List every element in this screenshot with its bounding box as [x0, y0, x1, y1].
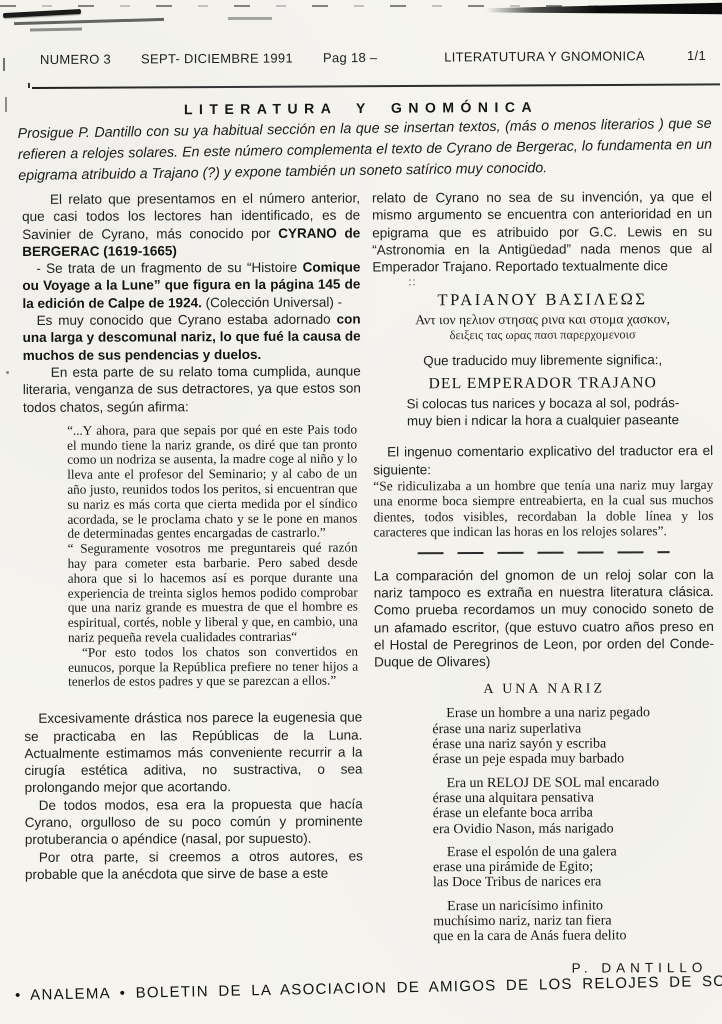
scan-artifact-top-left-smudge [3, 9, 81, 18]
paragraph: relato de Cyrano no sea de su invención,… [372, 188, 712, 276]
header-rule [32, 83, 720, 89]
sonnet-stanza: Erase un hombre a una nariz pegado érase… [432, 705, 714, 767]
paragraph: De todos modos, esa era la propuesta que… [25, 795, 363, 848]
colon-mark: :: [408, 276, 712, 287]
sonnet-line: érase una nariz sayón y escriba [432, 736, 714, 753]
paragraph-text: Excesivamente drástica nos parece la eug… [24, 710, 362, 796]
sonnet-line: érase un elefante boca arriba [433, 805, 715, 822]
translation-line-1: Si colocas tus narices y bocaza al sol, … [373, 395, 713, 413]
sonnet-line: las Doce Tribus de narices era [433, 874, 715, 891]
quoted-passage: “...Y ahora, para que sepais por qué en … [67, 422, 358, 542]
page-header: NUMERO 3 SEPT- DICIEMBRE 1991 Pag 18 – L… [40, 48, 706, 67]
paragraph-text: Por otra parte, si creemos a otros autor… [25, 848, 363, 882]
sonnet-line: era Ovidio Nason, más narigado [433, 821, 715, 838]
scan-artifact-top-dash [228, 17, 272, 20]
sonnet-line: Erase un naricísimo infinito [433, 898, 715, 915]
paragraph-text: relato de Cyrano no sea de su invención,… [372, 189, 712, 275]
scan-artifact-top-left-smudge [14, 18, 164, 25]
sonnet-line: Era un RELOJ DE SOL mal encarado [433, 775, 715, 792]
header-section-title: LITERATUTURA Y GNOMONICA [444, 48, 645, 64]
sonnet-stanza: Erase el espolón de una galera erase una… [433, 844, 715, 891]
paragraph-text: En esta parte de su relato toma cumplida… [23, 363, 361, 414]
intro-paragraph: Prosigue P. Dantillo con su ya habitual … [18, 114, 713, 187]
sonnet-line: erase una pirámide de Egito; [433, 859, 715, 876]
sonnet-line: Erase un hombre a una nariz pegado [432, 705, 714, 722]
translation-line-2: muy bien i ndicar la hora a cualquier pa… [373, 412, 713, 430]
paragraph: Excesivamente drástica nos parece la eug… [24, 709, 362, 797]
cyrano-quotation-block: “...Y ahora, para que sepais por qué en … [67, 422, 358, 690]
scan-artifact-left-dot [6, 371, 9, 374]
paragraph-text: La comparación del gnomon de un reloj so… [374, 567, 714, 670]
greek-epigram-line-1: Αντ ιον ηελιον στησας ρινα και στομα χασ… [373, 311, 713, 328]
sonnet-line: muchísimo nariz, nariz tan fiera [433, 913, 715, 930]
paragraph-text: - Se trata de un fragmento de su “Histoi… [36, 260, 302, 276]
paragraph: El ingenuo comentario explicativo del tr… [373, 442, 713, 478]
sonnet-stanza: Erase un naricísimo infinito muchísimo n… [433, 898, 715, 945]
paragraph-text: De todos modos, esa era la propuesta que… [25, 796, 363, 847]
sonnet-line: érase una nariz superlativa [432, 721, 714, 738]
issue-number: NUMERO 3 [40, 52, 111, 67]
paragraph-text: (Colección Universal) - [206, 294, 343, 310]
page-number: Pag 18 – [323, 50, 378, 65]
paragraph: El relato que presentamos en el número a… [22, 190, 360, 261]
header-left-group: NUMERO 3 SEPT- DICIEMBRE 1991 Pag 18 – [40, 50, 378, 67]
issue-date: SEPT- DICIEMBRE 1991 [141, 50, 293, 66]
scan-artifact-top-left-smudge [30, 28, 82, 32]
sonnet-title: A UNA NARIZ [374, 681, 714, 698]
paragraph: En esta parte de su relato toma cumplida… [23, 362, 361, 415]
sonnet-line: que en la cara de Anás fuera delito [433, 928, 715, 945]
right-column: relato de Cyrano no sea de su invención,… [372, 188, 715, 981]
translation-note: Que traducido muy libremente significa:, [373, 352, 713, 368]
scan-artifact-left-tick [3, 58, 5, 71]
paragraph: La comparación del gnomon de un reloj so… [374, 566, 714, 671]
document-page: NUMERO 3 SEPT- DICIEMBRE 1991 Pag 18 – L… [0, 0, 722, 1024]
epigram-translation-title: DEL EMPERADOR TRAJANO [373, 374, 713, 393]
paragraph: - Se trata de un fragmento de su “Histoi… [22, 259, 360, 312]
greek-epigram-title: ΤΡΑΙΑΝΟΥ ΒΑΣΙΛΕΩΣ [372, 289, 712, 310]
left-column: El relato que presentamos en el número a… [22, 190, 363, 983]
dashed-divider [418, 551, 670, 554]
scan-artifact-top-right-bar [486, 2, 722, 15]
paragraph: Es muy conocido que Cyrano estaba adorna… [23, 311, 361, 364]
translator-comment: “Se ridiculizaba a un hombre que tenía u… [373, 477, 713, 540]
paragraph-text: Es muy conocido que Cyrano estaba adorna… [37, 312, 337, 328]
sonnet-line: Erase el espolón de una galera [433, 844, 715, 861]
header-right-group: LITERATUTURA Y GNOMONICA 1/1 [444, 48, 706, 65]
sonnet-stanza: Era un RELOJ DE SOL mal encarado érase u… [433, 775, 715, 837]
sonnet-line: érase una alquitara pensativa [433, 790, 715, 807]
quoted-passage: “Por esto todos los chatos son convertid… [68, 644, 358, 690]
article-body: El relato que presentamos en el número a… [22, 188, 715, 983]
paragraph: Por otra parte, si creemos a otros autor… [25, 847, 363, 883]
paragraph-text: El ingenuo comentario explicativo del tr… [373, 443, 713, 477]
quoted-passage: “ Seguramente vosotros me preguntareis q… [68, 541, 358, 646]
sonnet-line: érase un peje espada muy barbado [432, 751, 714, 768]
paragraph-text: “Se ridiculizaba a un hombre que tenía u… [373, 477, 713, 540]
greek-epigram-line-2: δειξεις τας ωρας πασι παρερχομενοισ [373, 327, 713, 343]
sheet-indicator: 1/1 [687, 48, 706, 63]
